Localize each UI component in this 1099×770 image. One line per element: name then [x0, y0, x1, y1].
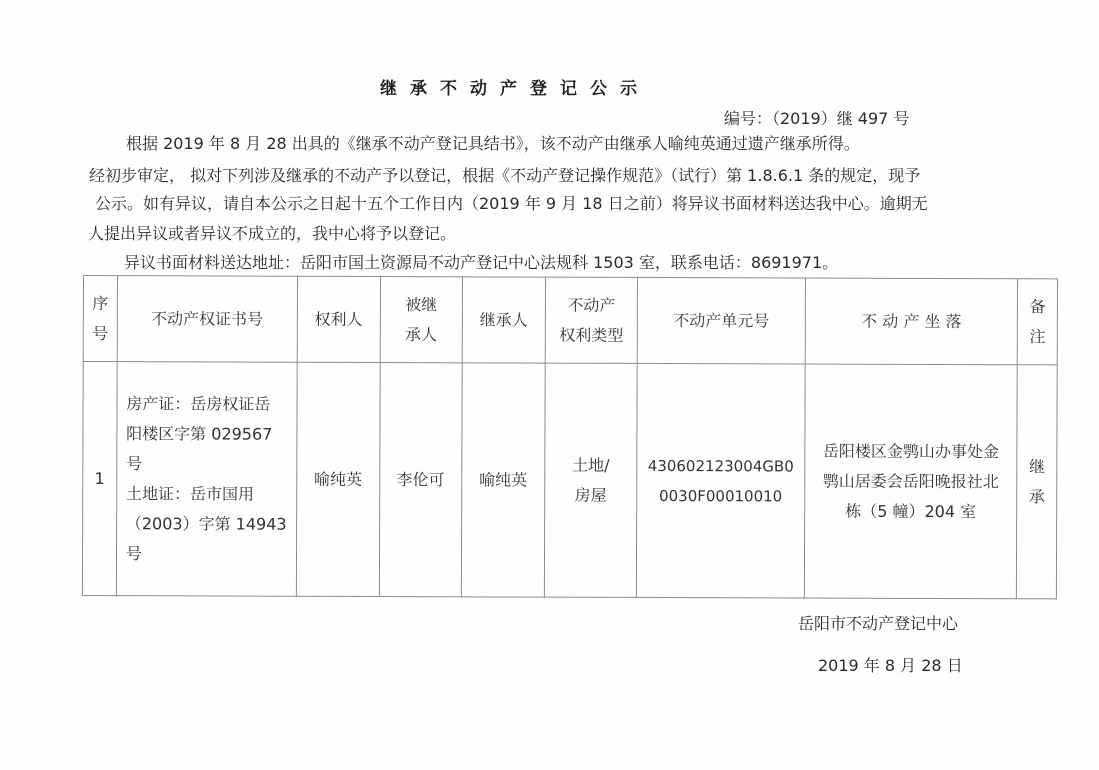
header-certificate-number: 不动产权证书号: [117, 276, 297, 363]
cell-unit-number: 430602123004GB0 0030F00010010: [636, 363, 805, 598]
header-decedent: 被继 承人: [380, 277, 462, 363]
header-location: 不 动 产 坐 落: [805, 278, 1018, 365]
notice-page: 继承不动产登记公示 编号：（2019）继 497 号 根据 2019 年 8 月…: [0, 0, 1099, 770]
cell-certificate-number: 房产证：岳房权证岳 阳楼区字第 029567 号 土地证：岳市国用 （2003）…: [116, 362, 297, 597]
header-right-type: 不动产 权利类型: [545, 277, 638, 363]
inheritance-table: 序 号 不动产权证书号 权利人 被继 承人 继承人 不动产 权利类型 不动产单元…: [82, 275, 1058, 599]
paragraph-basis: 根据 2019 年 8 月 28 出具的《继承不动产登记具结书》，该不动产由继承…: [126, 134, 860, 154]
signing-organization: 岳阳市不动产登记中心: [798, 611, 958, 634]
cell-location: 岳阳楼区金鹗山办事处金 鹗山居委会岳阳晚报社北 栋（5 幢）204 室: [804, 364, 1017, 599]
paragraph-review: 经初步审定， 拟对下列涉及继承的不动产予以登记，根据《不动产登记操作规范》（试行…: [89, 166, 920, 186]
document-number: 编号：（2019）继 497 号: [724, 106, 909, 129]
cell-right-type: 土地/ 房屋: [544, 363, 637, 597]
table-row: 1 房产证：岳房权证岳 阳楼区字第 029567 号 土地证：岳市国用 （200…: [82, 362, 1057, 599]
cell-remarks: 继 承: [1017, 365, 1058, 599]
paragraph-registration: 人提出异议或者异议不成立的，我中心将予以登记。: [88, 224, 456, 244]
cell-index: 1: [82, 362, 117, 596]
document-title: 继承不动产登记公示: [380, 74, 740, 99]
header-right-holder: 权利人: [297, 276, 380, 362]
header-heir: 继承人: [462, 277, 545, 363]
table-header-row: 序 号 不动产权证书号 权利人 被继 承人 继承人 不动产 权利类型 不动产单元…: [83, 276, 1057, 365]
cell-decedent: 李伦可: [379, 363, 462, 597]
paragraph-objection: 公示。如有异议，请自本公示之日起十五个工作日内（2019 年 9 月 18 日之…: [95, 194, 928, 214]
header-unit-number: 不动产单元号: [637, 277, 805, 364]
header-index: 序 号: [83, 276, 117, 362]
cell-right-holder: 喻纯英: [296, 362, 380, 596]
paragraph-address: 异议书面材料送达地址：岳阳市国土资源局不动产登记中心法规科 1503 室，联系电…: [124, 253, 838, 273]
header-remarks: 备 注: [1017, 279, 1057, 365]
signing-date: 2019 年 8 月 28 日: [818, 653, 963, 676]
cell-heir: 喻纯英: [461, 363, 545, 597]
